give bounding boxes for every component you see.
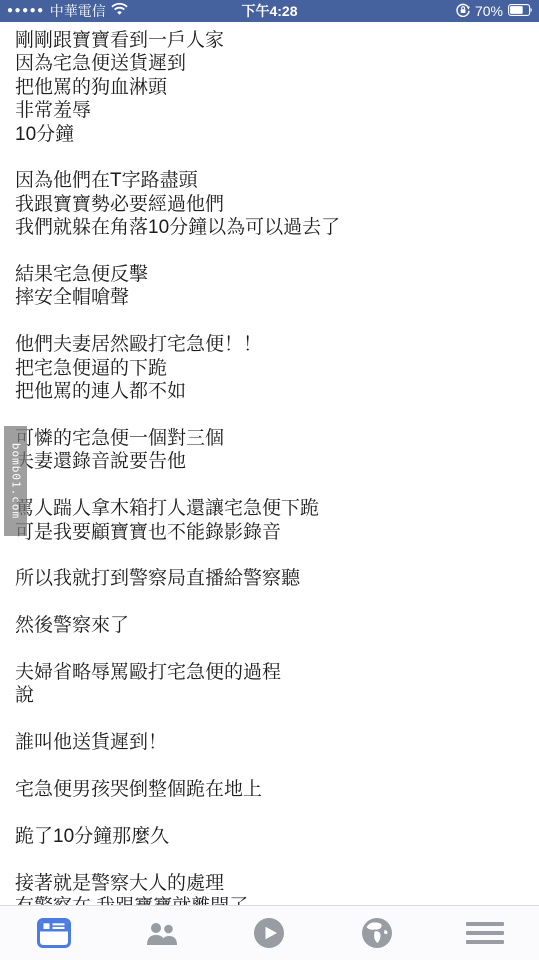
- phone-screen: ●●●●● 中華電信 下午4:28 70%: [0, 0, 539, 960]
- battery-icon: [508, 3, 533, 19]
- clock-label: 下午4:28: [241, 1, 297, 21]
- post-text: 剛剛跟寶寶看到一戶人家 因為宅急便送貨遲到 把他罵的狗血淋頭 非常羞辱 10分鐘…: [15, 29, 527, 906]
- orientation-lock-icon: [456, 3, 470, 20]
- news-feed-icon: [37, 918, 71, 948]
- battery-percent-label: 70%: [475, 3, 503, 19]
- post-body: 剛剛跟寶寶看到一戶人家 因為宅急便送貨遲到 把他罵的狗血淋頭 非常羞辱 10分鐘…: [0, 22, 539, 906]
- watermark-text: bomb01.com: [9, 443, 22, 519]
- status-bar-right: 70%: [456, 0, 533, 22]
- watermark: bomb01.com: [4, 426, 27, 536]
- tab-friend-requests[interactable]: [108, 906, 216, 960]
- play-icon: [254, 918, 284, 948]
- tab-notifications[interactable]: [323, 906, 431, 960]
- tab-videos[interactable]: [216, 906, 324, 960]
- tab-bar: [0, 905, 539, 960]
- status-bar: ●●●●● 中華電信 下午4:28 70%: [0, 0, 539, 22]
- friends-icon: [146, 921, 178, 946]
- tab-news-feed[interactable]: [0, 906, 108, 960]
- tab-menu[interactable]: [431, 906, 539, 960]
- globe-icon: [362, 918, 392, 948]
- hamburger-menu-icon: [466, 921, 504, 945]
